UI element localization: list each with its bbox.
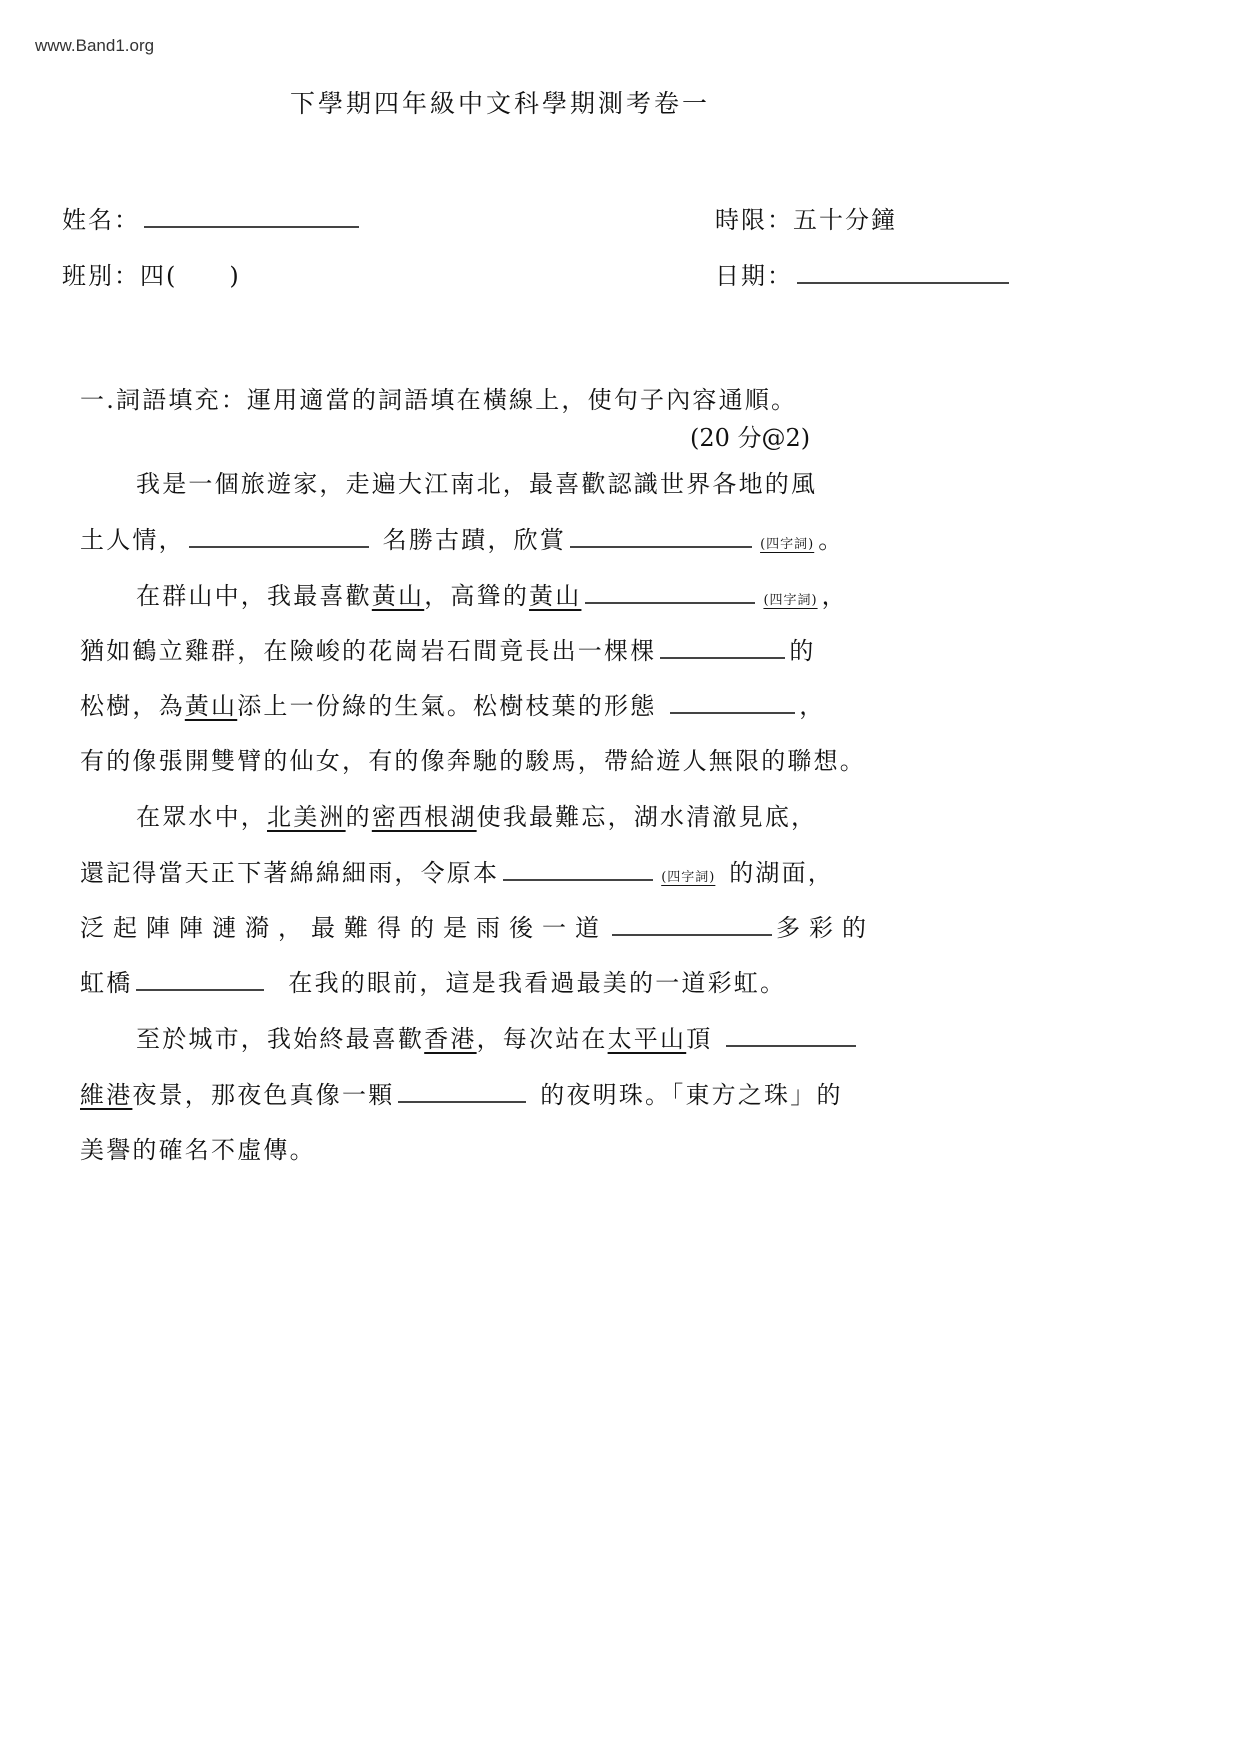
passage-text: 在我的眼前，這是我看過最美的一道彩虹。 <box>288 969 786 997</box>
passage-text: 的夜明珠。「東方之珠」的 <box>540 1081 842 1109</box>
passage-text: 我是一個旅遊家，走遍大江南北，最喜歡認識世界各地的風 <box>136 470 817 498</box>
passage-text: 添上一份綠的生氣。松樹枝葉的形態 <box>237 692 656 720</box>
name-label: 姓名： <box>62 206 140 234</box>
passage-text: 的湖面， <box>729 859 834 887</box>
passage-text: 在群山中，我最喜歡 <box>136 582 372 610</box>
class-label: 班別： <box>62 262 140 290</box>
passage-text: 使我最難忘，湖水清澈見底， <box>477 803 818 831</box>
date-field: 日期： <box>715 256 1013 291</box>
proper-noun: 太平山 <box>608 1025 687 1053</box>
passage-line-3: 在群山中，我最喜歡黃山，高聳的黃山(四字詞)， <box>136 576 848 611</box>
page-title: 下學期四年級中文科學期測考卷一 <box>290 84 710 120</box>
section-score: (20 分@2) <box>690 418 810 453</box>
proper-noun: 香港 <box>424 1025 476 1053</box>
passage-text: 猶如鶴立雞群，在險峻的花崗岩石間竟長出一棵棵 <box>80 637 656 665</box>
passage-text: 至於城市，我始終最喜歡 <box>136 1025 424 1053</box>
passage-line-8: 還記得當天正下著綿綿細雨，令原本(四字詞) 的湖面， <box>80 853 834 888</box>
passage-text: 泛起陣陣漣漪，最難得的是雨後一道 <box>80 914 608 942</box>
proper-noun: 北美洲 <box>267 803 346 831</box>
time-limit-label: 時限： <box>715 206 793 234</box>
passage-text: 的 <box>789 637 815 665</box>
passage-text: 夜景，那夜色真像一顆 <box>132 1081 394 1109</box>
date-blank[interactable] <box>797 281 1009 284</box>
passage-text: 。 <box>818 526 844 554</box>
class-value[interactable]: 四( ) <box>140 262 241 290</box>
passage-text: 多彩的 <box>776 914 875 942</box>
name-blank[interactable] <box>144 225 359 228</box>
proper-noun: 黃山 <box>185 692 237 720</box>
proper-noun: 密西根湖 <box>372 803 477 831</box>
name-field: 姓名： <box>62 200 363 235</box>
passage-line-1: 我是一個旅遊家，走遍大江南北，最喜歡認識世界各地的風 <box>136 464 817 499</box>
passage-line-13: 美譽的確名不虛傳。 <box>80 1130 316 1165</box>
answer-blank-9[interactable] <box>726 1044 856 1047</box>
time-limit-value: 五十分鐘 <box>793 206 897 234</box>
answer-blank-1[interactable] <box>189 545 369 548</box>
passage-line-5: 松樹，為黃山添上一份綠的生氣。松樹枝葉的形態 ， <box>80 686 825 721</box>
class-field: 班別：四( ) <box>62 256 241 291</box>
passage-text: 虹橋 <box>80 969 132 997</box>
proper-noun: 黃山 <box>529 582 581 610</box>
passage-line-7: 在眾水中，北美洲的密西根湖使我最難忘，湖水清澈見底， <box>136 797 817 832</box>
passage-text: ， <box>799 692 825 720</box>
passage-text: ， <box>822 582 848 610</box>
four-char-hint: (四字詞) <box>760 537 814 552</box>
passage-text: 在眾水中， <box>136 803 267 831</box>
answer-blank-5[interactable] <box>670 711 795 714</box>
date-label: 日期： <box>715 262 793 290</box>
passage-line-12: 維港夜景，那夜色真像一顆 的夜明珠。「東方之珠」的 <box>80 1075 843 1110</box>
passage-line-4: 猶如鶴立雞群，在險峻的花崗岩石間竟長出一棵棵的 <box>80 631 816 666</box>
passage-line-11: 至於城市，我始終最喜歡香港，每次站在太平山頂 <box>136 1019 860 1054</box>
passage-line-9: 泛起陣陣漣漪，最難得的是雨後一道多彩的 <box>80 908 875 943</box>
answer-blank-2[interactable] <box>570 545 752 548</box>
passage-text: 土人情， <box>80 526 185 554</box>
passage-text: 松樹，為 <box>80 692 185 720</box>
answer-blank-7[interactable] <box>612 933 772 936</box>
proper-noun: 黃山 <box>372 582 424 610</box>
section-heading: 一.詞語填充：運用適當的詞語填在橫線上，使句子內容通順。 <box>80 380 797 415</box>
passage-text: 名勝古蹟，欣賞 <box>383 526 566 554</box>
watermark: www.Band1.org <box>35 36 154 56</box>
answer-blank-3[interactable] <box>585 601 755 604</box>
passage-line-10: 虹橋在我的眼前，這是我看過最美的一道彩虹。 <box>80 963 786 998</box>
passage-text: 美譽的確名不虛傳。 <box>80 1136 316 1164</box>
passage-text: 有的像張開雙臂的仙女，有的像奔馳的駿馬，帶給遊人無限的聯想。 <box>80 747 866 775</box>
answer-blank-10[interactable] <box>398 1100 526 1103</box>
time-limit-field: 時限：五十分鐘 <box>715 200 897 235</box>
passage-text: 還記得當天正下著綿綿細雨，令原本 <box>80 859 499 887</box>
passage-text: 的 <box>346 803 372 831</box>
passage-line-2: 土人情， 名勝古蹟，欣賞(四字詞)。 <box>80 520 844 555</box>
four-char-hint: (四字詞) <box>661 870 715 885</box>
answer-blank-8[interactable] <box>136 988 264 991</box>
passage-text: ，高聳的 <box>424 582 529 610</box>
answer-blank-4[interactable] <box>660 656 785 659</box>
passage-text: ，每次站在 <box>477 1025 608 1053</box>
passage-text: 頂 <box>686 1025 712 1053</box>
four-char-hint: (四字詞) <box>763 593 817 608</box>
passage-line-6: 有的像張開雙臂的仙女，有的像奔馳的駿馬，帶給遊人無限的聯想。 <box>80 741 866 776</box>
proper-noun: 維港 <box>80 1081 132 1109</box>
answer-blank-6[interactable] <box>503 878 653 881</box>
